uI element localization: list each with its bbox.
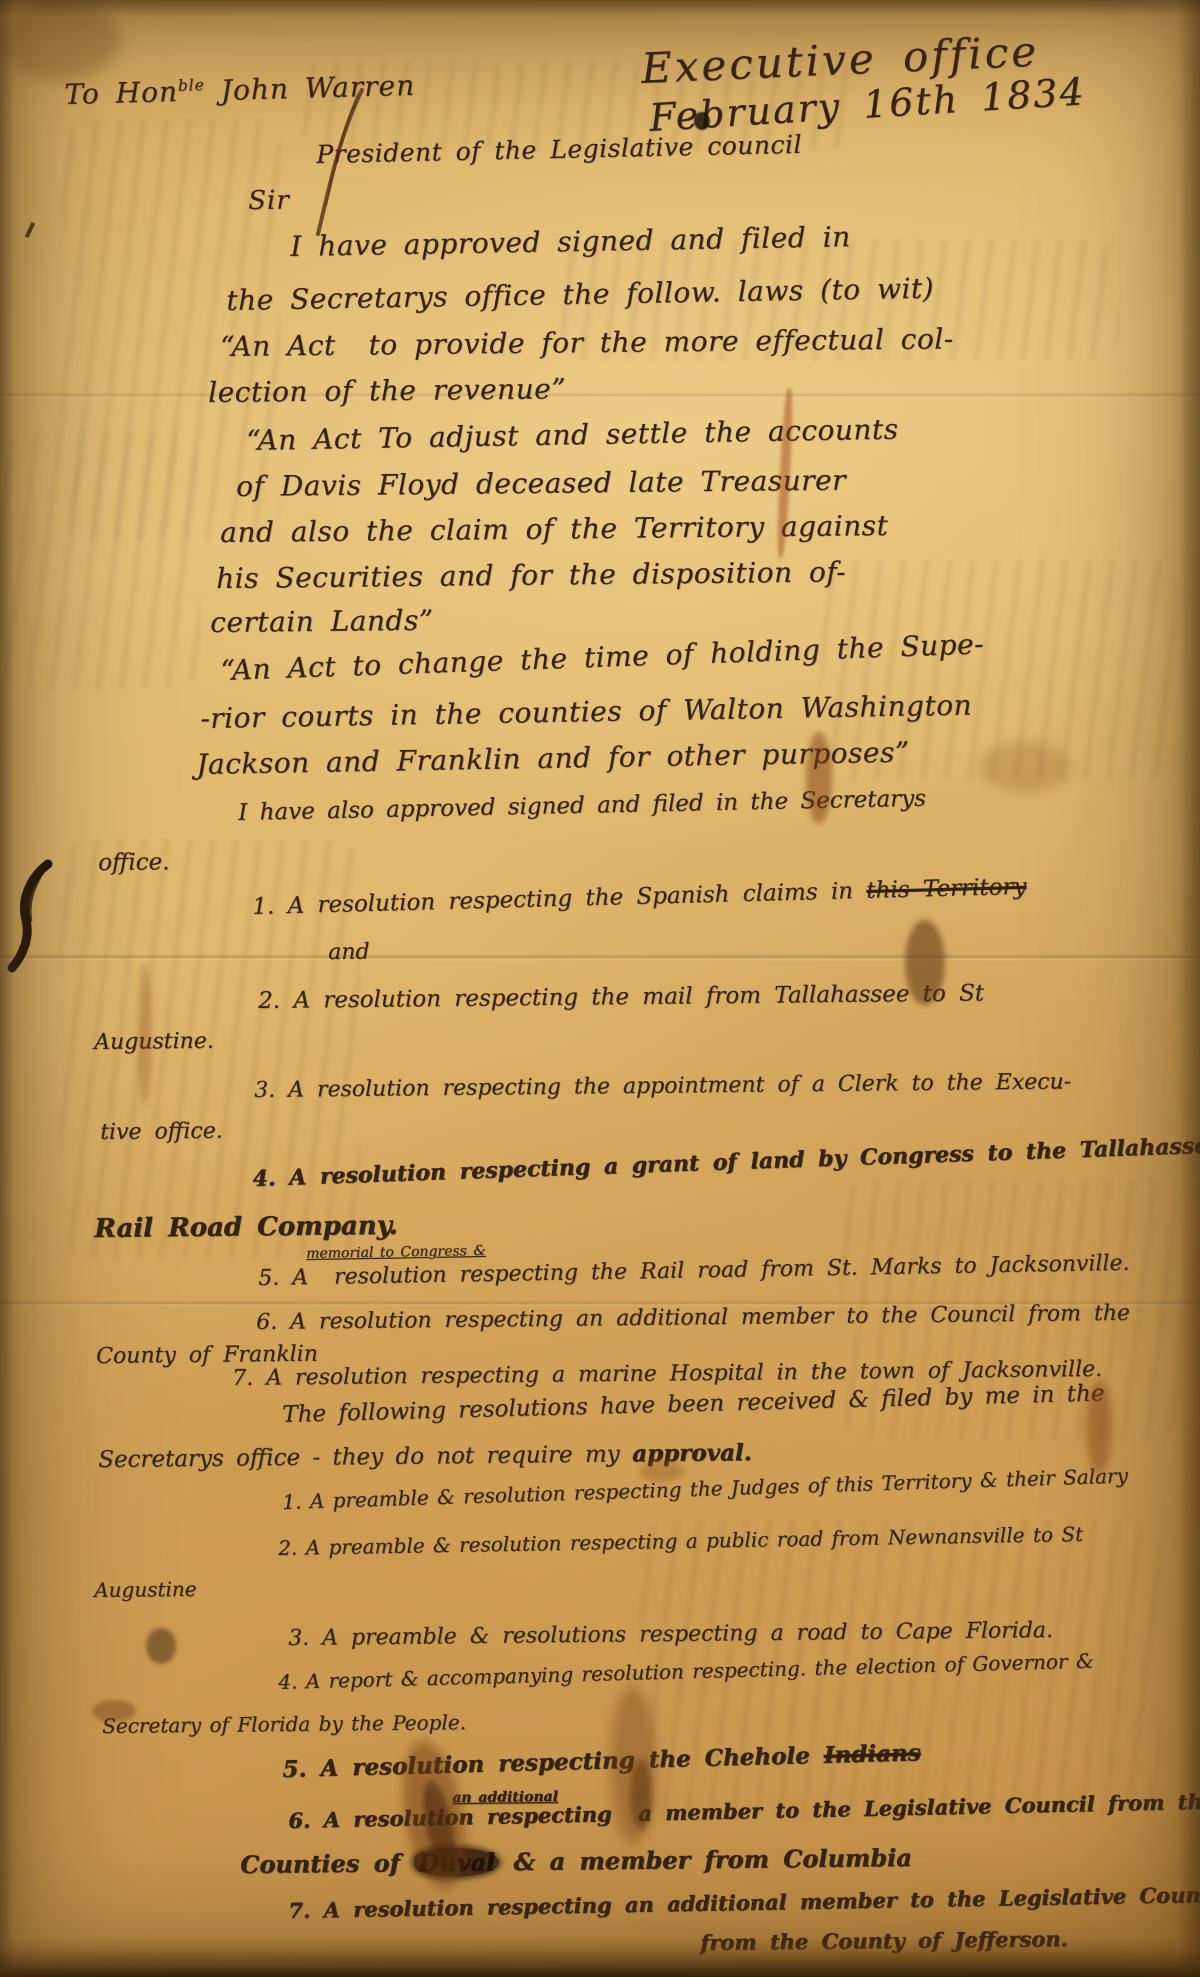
body-line: office. (98, 849, 170, 876)
resolution-line: and (328, 940, 370, 965)
blotted-text: Duval (414, 1847, 499, 1877)
act-line: and also the claim of the Territory agai… (220, 509, 888, 549)
resolution-line: Augustine (94, 1577, 197, 1602)
salutation: Sir (248, 186, 290, 216)
addressee-name: John Warren (204, 69, 415, 107)
fold-crease (0, 392, 1200, 399)
bleedthrough-ghost (0, 430, 200, 690)
addressee-honorific-superscript: ble (178, 76, 205, 95)
resolution-line: Secretary of Florida by the People. (102, 1710, 466, 1738)
inserted-text: memorial to Congress & (306, 1243, 486, 1262)
resolution-line: Rail Road Company. (94, 1211, 398, 1244)
resolution-line: Augustine. (94, 1029, 214, 1055)
struck-text: Indians (823, 1739, 921, 1769)
act-line: certain Lands” (210, 604, 434, 639)
struck-text: this Territory (866, 874, 1027, 904)
resolution-line: tive office. (100, 1119, 223, 1145)
act-line: lection of the revenue” (208, 372, 566, 409)
resolution-text: Counties of (240, 1848, 414, 1879)
act-line: of Davis Floyd deceased late Treasurer (236, 464, 846, 503)
resolution-text: & a member from Columbia (499, 1843, 912, 1876)
addressee-honorific: To Hon (64, 75, 178, 111)
fold-crease (0, 954, 1200, 961)
note-word-approval: approval. (632, 1439, 752, 1467)
manuscript-page: Executive office To Honble John Warren F… (0, 0, 1200, 1977)
resolution-line: from the County of Jefferson. (700, 1926, 1068, 1955)
act-line: his Securities and for the disposition o… (216, 555, 846, 595)
